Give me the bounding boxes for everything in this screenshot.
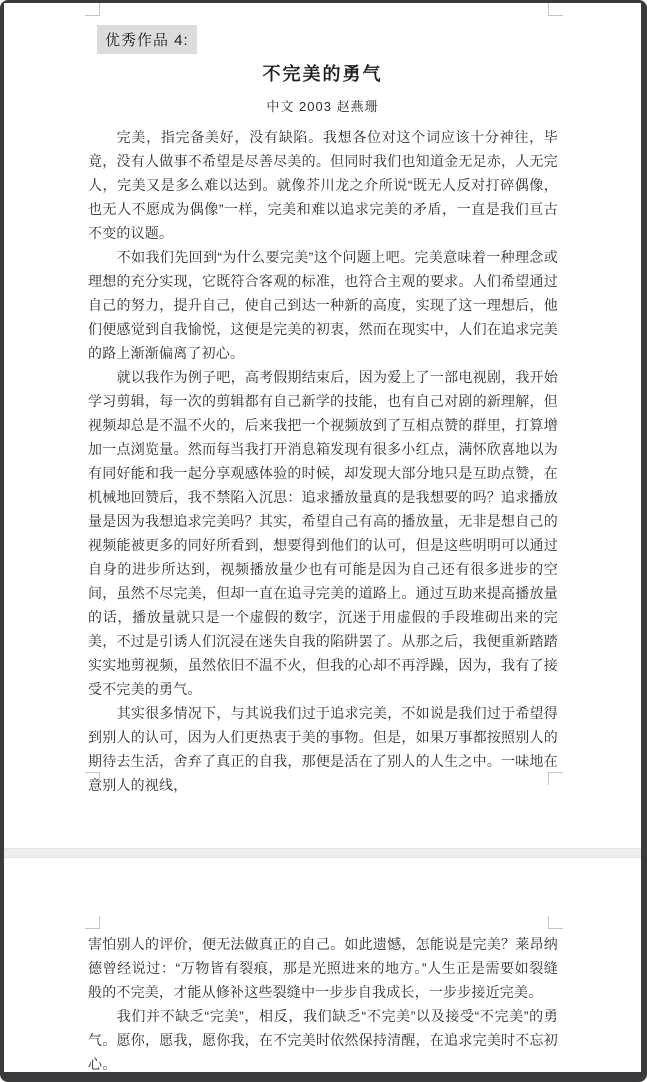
essay-paragraph: 完美，指完备美好，没有缺陷。我想各位对这个词应该十分神往，毕竟，没有人做事不希望… <box>88 125 558 245</box>
essay-paragraph: 其实很多情况下，与其说我们过于追求完美，不如说是我们过于希望得到别人的认可，因为… <box>88 701 558 797</box>
text-boundary-mark-top-right <box>548 3 563 16</box>
text-boundary-mark-top-left <box>85 916 100 929</box>
essay-paragraph: 不如我们先回到“为什么要完美”这个问题上吧。完美意味着一种理念或理想的充分实现，… <box>88 245 558 365</box>
essay-title: 不完美的勇气 <box>4 60 641 86</box>
page-2: 害怕别人的评价，便无法做真正的自己。如此遗憾，怎能说是完美？莱昂纳德曾经说过：“… <box>4 858 641 1072</box>
essay-paragraph: 我们并不缺乏“完美”，相反，我们缺乏“不完美”以及接受“不完美”的勇气。愿你，愿… <box>88 1004 558 1076</box>
page-1: 优秀作品 4: 不完美的勇气 中文 2003 赵燕珊 完美，指完备美好，没有缺陷… <box>4 3 641 848</box>
text-boundary-mark-top-right <box>548 916 563 929</box>
essay-paragraph: 害怕别人的评价，便无法做真正的自己。如此遗憾，怎能说是完美？莱昂纳德曾经说过：“… <box>88 932 558 1004</box>
text-boundary-mark-bottom-left <box>85 772 100 785</box>
essay-paragraph: 就以我作为例子吧，高考假期结束后，因为爱上了一部电视剧，我开始学习剪辑，每一次的… <box>88 365 558 701</box>
section-label: 优秀作品 4: <box>97 25 197 54</box>
essay-body-page1: 完美，指完备美好，没有缺陷。我想各位对这个词应该十分神往，毕竟，没有人做事不希望… <box>88 125 558 797</box>
text-boundary-mark-top-left <box>85 3 100 16</box>
essay-body-page2: 害怕别人的评价，便无法做真正的自己。如此遗憾，怎能说是完美？莱昂纳德曾经说过：“… <box>88 932 558 1076</box>
page-break-gap <box>4 848 641 858</box>
text-boundary-mark-bottom-right <box>548 772 563 785</box>
document-viewer: 优秀作品 4: 不完美的勇气 中文 2003 赵燕珊 完美，指完备美好，没有缺陷… <box>0 0 647 1082</box>
essay-byline: 中文 2003 赵燕珊 <box>4 96 641 115</box>
